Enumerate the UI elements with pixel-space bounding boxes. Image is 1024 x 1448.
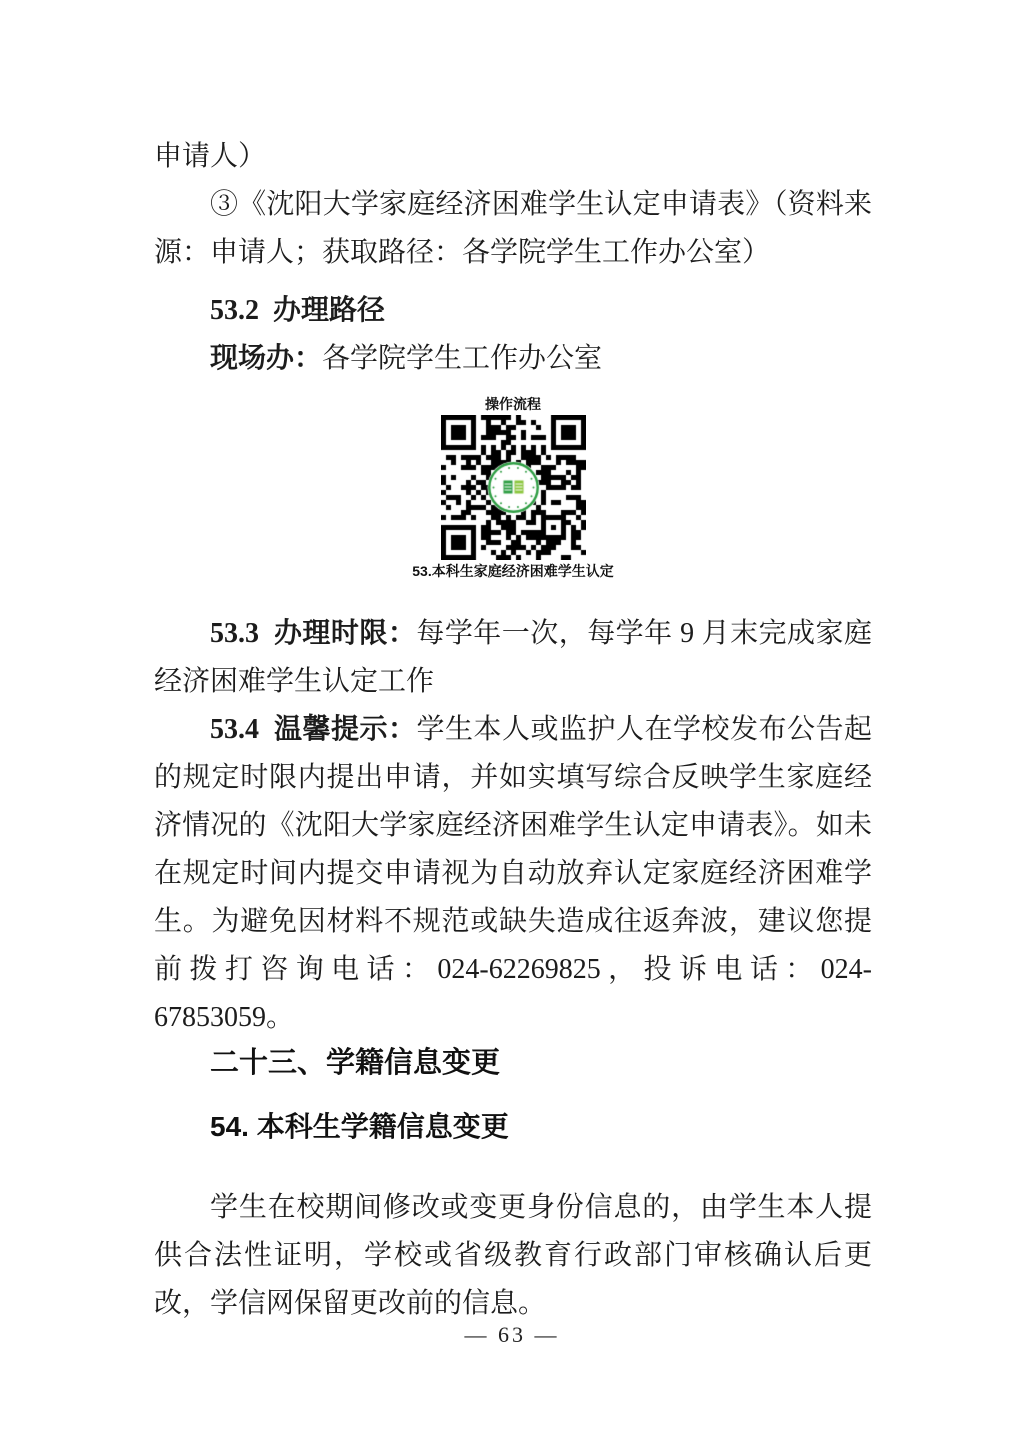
- heading-54: 54. 本科生学籍信息变更: [210, 1106, 872, 1148]
- qr-caption: 53.本科生家庭经济困难学生认定: [154, 562, 872, 580]
- paragraph-continuation: 申请人）: [154, 133, 872, 181]
- heading-section-23: 二十三、学籍信息变更: [210, 1042, 872, 1084]
- label-53-3: 53.3 办理时限：: [210, 618, 416, 649]
- onsite-value: 各学院学生工作办公室: [322, 343, 602, 374]
- text-53-4: 学生本人或监护人在学校发布公告起的规定时限内提出申请，并如实填写综合反映学生家庭…: [154, 714, 872, 1033]
- paragraph-53-4: 53.4 温馨提示：学生本人或监护人在学校发布公告起的规定时限内提出申请，并如实…: [154, 706, 872, 1042]
- paragraph-onsite-channel: 现场办：各学院学生工作办公室: [154, 335, 872, 383]
- onsite-label: 现场办：: [210, 343, 322, 374]
- paragraph-material-item3: ③《沈阳大学家庭经济困难学生认定申请表》（资料来源：申请人；获取路径：各学院学生…: [154, 181, 872, 277]
- qr-title: 操作流程: [154, 395, 872, 413]
- label-53-4: 53.4 温馨提示：: [210, 714, 417, 745]
- page-number: — 63 —: [0, 1322, 1024, 1348]
- heading-53-2: 53.2 办理路径: [154, 287, 872, 335]
- qr-block: 操作流程 53.本科生家庭经济困难学生认定: [154, 395, 872, 580]
- text-column: 申请人） ③《沈阳大学家庭经济困难学生认定申请表》（资料来源：申请人；获取路径：…: [154, 133, 872, 1328]
- document-page: 申请人） ③《沈阳大学家庭经济困难学生认定申请表》（资料来源：申请人；获取路径：…: [0, 0, 1024, 1448]
- paragraph-54: 学生在校期间修改或变更身份信息的，由学生本人提供合法性证明，学校或省级教育行政部…: [154, 1184, 872, 1328]
- qr-code-image: [441, 415, 586, 560]
- paragraph-53-3: 53.3 办理时限：每学年一次，每学年 9 月末完成家庭经济困难学生认定工作: [154, 610, 872, 706]
